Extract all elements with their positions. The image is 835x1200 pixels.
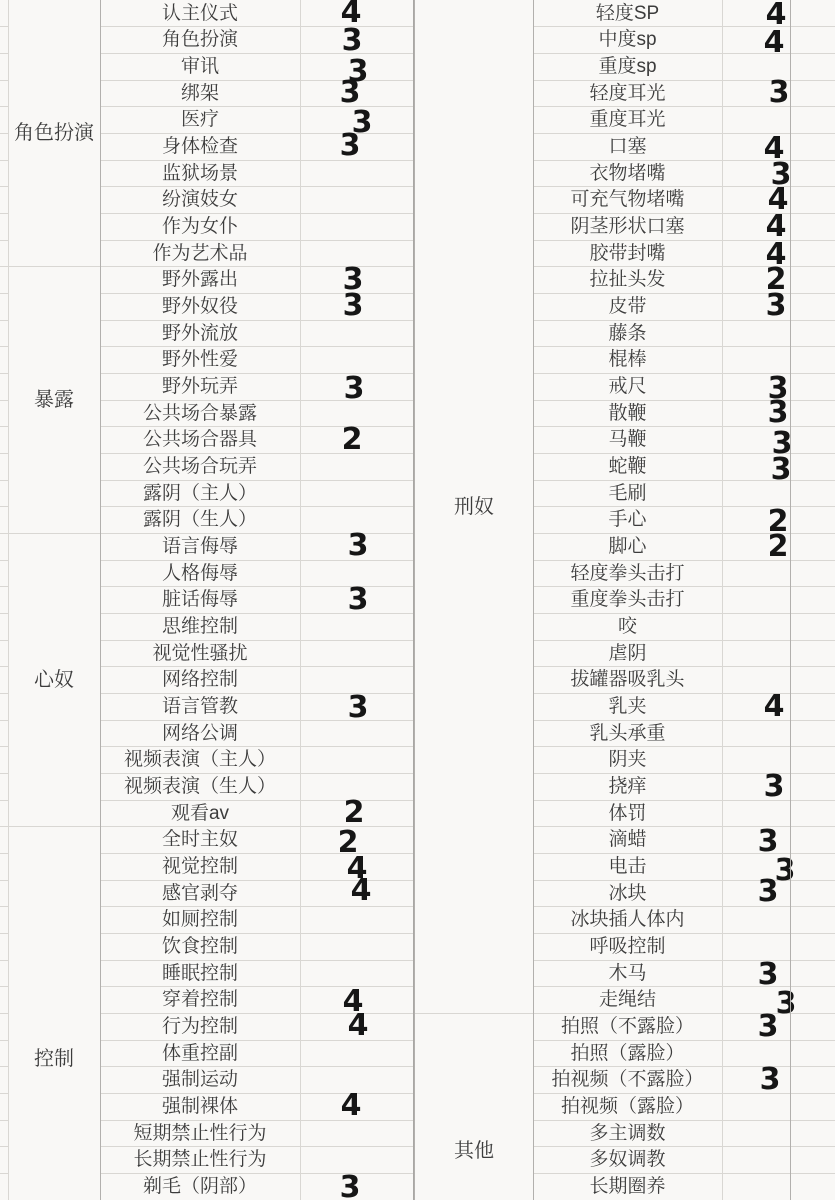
item-cell[interactable]: 滴蜡: [533, 827, 722, 854]
item-cell[interactable]: 阴茎形状口塞: [533, 213, 722, 240]
edge-gridline: [0, 133, 8, 134]
section-boundary-line: [0, 266, 100, 267]
item-cell[interactable]: 露阴（主人）: [100, 480, 300, 507]
edge-gridline: [0, 826, 8, 827]
rating-value[interactable]: 3: [766, 291, 787, 321]
category-cell[interactable]: 其他: [415, 1138, 533, 1164]
item-cell[interactable]: 散鞭: [533, 400, 722, 427]
item-cell[interactable]: 木马: [533, 960, 722, 987]
item-cell[interactable]: 脚心: [533, 533, 722, 560]
edge-gridline: [0, 213, 8, 214]
rating-value[interactable]: 3: [340, 1173, 361, 1200]
edge-gridline: [0, 986, 8, 987]
item-cell[interactable]: 拔罐器吸乳头: [533, 667, 722, 694]
category-cell[interactable]: 角色扮演: [8, 120, 100, 146]
category-cell[interactable]: 刑奴: [415, 494, 533, 520]
edge-gridline: [0, 400, 8, 401]
item-cell[interactable]: 轻度拳头击打: [533, 560, 722, 587]
edge-gridline: [0, 853, 8, 854]
item-cell[interactable]: 感官剥夺: [100, 880, 300, 907]
rating-value[interactable]: 2: [344, 798, 365, 828]
edge-gridline: [0, 693, 8, 694]
item-cell[interactable]: 公共场合暴露: [100, 400, 300, 427]
edge-gridline: [0, 160, 8, 161]
item-cell[interactable]: 挠痒: [533, 773, 722, 800]
item-cell[interactable]: 长期禁止性行为: [100, 1147, 300, 1174]
item-cell[interactable]: 体罚: [533, 800, 722, 827]
edge-gridline: [0, 533, 8, 534]
item-cell[interactable]: 拍视频（露脸）: [533, 1093, 722, 1120]
rating-value[interactable]: 3: [764, 772, 785, 802]
rating-value[interactable]: 3: [776, 989, 797, 1019]
rating-value[interactable]: 3: [344, 374, 365, 404]
item-cell[interactable]: 露阴（生人）: [100, 507, 300, 534]
item-cell[interactable]: 野外性爱: [100, 347, 300, 374]
rating-value[interactable]: 3: [760, 1065, 781, 1095]
edge-gridline: [0, 373, 8, 374]
edge-gridline: [0, 1040, 8, 1041]
item-cell[interactable]: 公共场合玩弄: [100, 453, 300, 480]
item-cell[interactable]: 乳夹: [533, 693, 722, 720]
section-boundary-line: [0, 533, 100, 534]
item-cell[interactable]: 重度耳光: [533, 107, 722, 134]
item-cell[interactable]: 强制裸体: [100, 1093, 300, 1120]
rating-value[interactable]: 4: [764, 692, 785, 722]
edge-gridline: [0, 266, 8, 267]
item-cell[interactable]: 轻度耳光: [533, 80, 722, 107]
edge-gridline: [0, 240, 8, 241]
edge-gridline: [0, 1173, 8, 1174]
item-cell[interactable]: 角色扮演: [100, 27, 300, 54]
column-border: [790, 0, 791, 1200]
item-cell[interactable]: 剃毛（阴部）: [100, 1173, 300, 1200]
item-cell[interactable]: 语言侮辱: [100, 533, 300, 560]
item-cell[interactable]: 网络公调: [100, 720, 300, 747]
spreadsheet: 角色扮演暴露心奴控制认主仪式4角色扮演3审讯3绑架3医疗3身体检查3监狱场景纷演…: [0, 0, 835, 1200]
edge-gridline: [0, 773, 8, 774]
item-cell[interactable]: 认主仪式: [100, 0, 300, 27]
rating-value[interactable]: 3: [771, 455, 792, 485]
item-cell[interactable]: 拍照（露脸）: [533, 1040, 722, 1067]
item-cell[interactable]: 医疗: [100, 107, 300, 134]
rating-value[interactable]: 3: [348, 693, 369, 723]
column-border: [8, 0, 9, 1200]
item-cell[interactable]: 野外露出: [100, 267, 300, 294]
item-cell[interactable]: 穿着控制: [100, 987, 300, 1014]
rating-value[interactable]: 3: [343, 291, 364, 321]
category-cell[interactable]: 心奴: [8, 667, 100, 693]
edge-gridline: [0, 960, 8, 961]
item-cell[interactable]: 乳头承重: [533, 720, 722, 747]
edge-gridline: [0, 906, 8, 907]
item-cell[interactable]: 视觉性骚扰: [100, 640, 300, 667]
edge-gridline: [0, 746, 8, 747]
item-cell[interactable]: 棍棒: [533, 347, 722, 374]
edge-gridline: [0, 1120, 8, 1121]
item-cell[interactable]: 走绳结: [533, 987, 722, 1014]
edge-gridline: [0, 53, 8, 54]
item-cell[interactable]: 戒尺: [533, 373, 722, 400]
item-cell[interactable]: 人格侮辱: [100, 560, 300, 587]
edge-gridline: [0, 933, 8, 934]
item-cell[interactable]: 全时主奴: [100, 827, 300, 854]
item-cell[interactable]: 口塞: [533, 133, 722, 160]
item-cell[interactable]: 作为艺术品: [100, 240, 300, 267]
item-cell[interactable]: 行为控制: [100, 1013, 300, 1040]
item-cell[interactable]: 公共场合器具: [100, 427, 300, 454]
rating-value[interactable]: 4: [341, 1091, 362, 1121]
edge-gridline: [0, 453, 8, 454]
category-cell[interactable]: 暴露: [8, 387, 100, 413]
edge-gridline: [0, 586, 8, 587]
item-cell[interactable]: 网络控制: [100, 667, 300, 694]
column-border: [100, 0, 101, 1200]
edge-gridline: [0, 346, 8, 347]
item-cell[interactable]: 毛刷: [533, 480, 722, 507]
item-cell[interactable]: 拍视频（不露脸）: [533, 1067, 722, 1094]
edge-gridline: [0, 800, 8, 801]
item-cell[interactable]: 可充气物堵嘴: [533, 187, 722, 214]
rating-value[interactable]: 3: [769, 78, 790, 108]
edge-gridline: [0, 293, 8, 294]
item-cell[interactable]: 视频表演（主人）: [100, 747, 300, 774]
rating-value[interactable]: 2: [768, 532, 789, 562]
item-cell[interactable]: 监狱场景: [100, 160, 300, 187]
item-cell[interactable]: 语言管教: [100, 693, 300, 720]
item-cell[interactable]: 视频表演（生人）: [100, 773, 300, 800]
item-cell[interactable]: 绑架: [100, 80, 300, 107]
item-cell[interactable]: 野外奴役: [100, 293, 300, 320]
edge-gridline: [0, 1093, 8, 1094]
item-cell[interactable]: 身体检查: [100, 133, 300, 160]
edge-gridline: [0, 106, 8, 107]
item-cell[interactable]: 胶带封嘴: [533, 240, 722, 267]
rating-value[interactable]: 3: [348, 531, 369, 561]
item-cell[interactable]: 马鞭: [533, 427, 722, 454]
rating-value[interactable]: 4: [348, 1011, 369, 1041]
item-cell[interactable]: 体重控副: [100, 1040, 300, 1067]
item-cell[interactable]: 作为女仆: [100, 213, 300, 240]
section-boundary-line: [415, 1013, 533, 1014]
item-cell[interactable]: 长期圈养: [533, 1173, 722, 1200]
rating-value[interactable]: 3: [758, 1012, 779, 1042]
item-cell[interactable]: 多奴调教: [533, 1147, 722, 1174]
edge-gridline: [0, 480, 8, 481]
item-cell[interactable]: 手心: [533, 507, 722, 534]
item-cell[interactable]: 审讯: [100, 53, 300, 80]
column-border: [300, 0, 301, 1200]
item-cell[interactable]: 冰块: [533, 880, 722, 907]
rating-value[interactable]: 3: [340, 131, 361, 161]
item-cell[interactable]: 藤条: [533, 320, 722, 347]
item-cell[interactable]: 中度sp: [533, 27, 722, 54]
item-cell[interactable]: 野外玩弄: [100, 373, 300, 400]
item-cell[interactable]: 电击: [533, 853, 722, 880]
item-cell[interactable]: 饮食控制: [100, 933, 300, 960]
item-cell[interactable]: 拍照（不露脸）: [533, 1013, 722, 1040]
edge-gridline: [0, 560, 8, 561]
item-cell[interactable]: 短期禁止性行为: [100, 1120, 300, 1147]
edge-gridline: [0, 26, 8, 27]
item-cell[interactable]: 皮带: [533, 293, 722, 320]
item-cell[interactable]: 睡眠控制: [100, 960, 300, 987]
category-cell[interactable]: 控制: [8, 1046, 100, 1072]
item-cell[interactable]: 咬: [533, 613, 722, 640]
rating-value[interactable]: 4: [764, 28, 785, 58]
edge-gridline: [0, 320, 8, 321]
edge-gridline: [0, 506, 8, 507]
edge-gridline: [0, 1066, 8, 1067]
item-cell[interactable]: 呼吸控制: [533, 933, 722, 960]
edge-gridline: [0, 640, 8, 641]
edge-gridline: [0, 880, 8, 881]
column-border: [722, 0, 723, 1200]
edge-gridline: [0, 666, 8, 667]
item-cell[interactable]: 视觉控制: [100, 853, 300, 880]
item-cell[interactable]: 纷演妓女: [100, 187, 300, 214]
rating-value[interactable]: 3: [348, 585, 369, 615]
edge-gridline: [0, 186, 8, 187]
edge-gridline: [0, 80, 8, 81]
edge-gridline: [0, 1146, 8, 1147]
item-cell[interactable]: 脏话侮辱: [100, 587, 300, 614]
column-border: [533, 0, 534, 1200]
item-cell[interactable]: 野外流放: [100, 320, 300, 347]
item-cell[interactable]: 拉扯头发: [533, 267, 722, 294]
item-cell[interactable]: 多主调数: [533, 1120, 722, 1147]
item-cell[interactable]: 重度拳头击打: [533, 587, 722, 614]
item-cell[interactable]: 冰块插人体内: [533, 907, 722, 934]
edge-gridline: [0, 720, 8, 721]
edge-gridline: [0, 426, 8, 427]
edge-gridline: [0, 1013, 8, 1014]
rating-value[interactable]: 2: [342, 425, 363, 455]
item-cell[interactable]: 衣物堵嘴: [533, 160, 722, 187]
item-cell[interactable]: 蛇鞭: [533, 453, 722, 480]
item-cell[interactable]: 思维控制: [100, 613, 300, 640]
edge-gridline: [0, 613, 8, 614]
item-cell[interactable]: 虐阴: [533, 640, 722, 667]
item-cell[interactable]: 如厕控制: [100, 907, 300, 934]
rating-value[interactable]: 3: [758, 877, 779, 907]
item-cell[interactable]: 观看av: [100, 800, 300, 827]
column-border: [414, 0, 415, 1200]
rating-value[interactable]: 3: [340, 78, 361, 108]
item-cell[interactable]: 轻度SP: [533, 0, 722, 27]
item-cell[interactable]: 阴夹: [533, 747, 722, 774]
rating-value[interactable]: 4: [351, 876, 372, 906]
item-cell[interactable]: 重度sp: [533, 53, 722, 80]
item-cell[interactable]: 强制运动: [100, 1067, 300, 1094]
section-boundary-line: [0, 826, 100, 827]
rating-value[interactable]: 3: [768, 398, 789, 428]
rating-value[interactable]: 3: [342, 26, 363, 56]
